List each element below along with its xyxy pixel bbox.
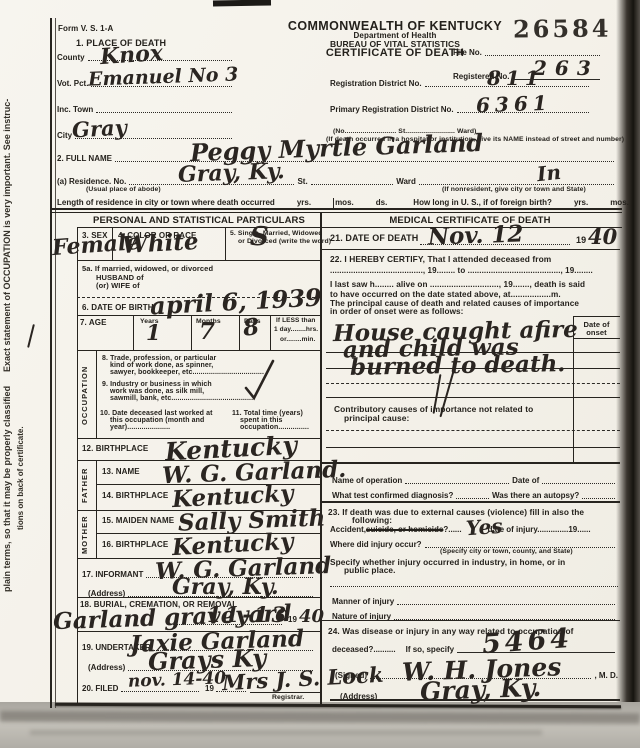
burial-date-value: 11-13 [207,604,289,625]
form-number: Form V. S. 1-A [58,24,113,33]
marital-value: S [250,224,269,250]
form-left-border-inner [55,18,56,708]
test-row-rule-1 [321,501,620,503]
item10-line2: this occupation (month and [110,417,204,424]
scan-bottom-band [0,702,640,748]
accident-value: Yes [465,516,503,538]
accident-struck-text: suicide, or homicide [366,525,443,534]
age-cell-border-3 [239,315,240,350]
primary-district-value: 6361 [476,93,552,116]
header-heavy-rule-2 [50,212,622,213]
operation-leader [405,483,509,484]
occupation-check-mark [242,358,276,402]
age-stray-mark [27,324,35,348]
operation-row: Name of operationDate of [332,476,618,485]
item24-deceased-label: deceased?.......... [332,645,396,654]
residence-value: Gray, Ky. [178,160,285,186]
informant-bottom-line [77,597,320,598]
test-leader [456,498,489,499]
age-months-value: 7 [199,320,215,343]
certificate-stamp-number: 26584 [513,13,612,43]
onset-box-top-line [573,316,620,317]
county-label: County [57,53,85,62]
registered-no-label: Registered No. [453,72,509,81]
form-left-border [50,18,52,708]
autopsy-leader [582,498,615,499]
primary-district-label: Primary Registration District No. [330,105,454,114]
item23-line2: following: [352,515,392,525]
yrs-label-1: yrs. [297,198,311,207]
contributory-rule-2 [326,447,620,448]
certify-line3: I last saw h........ alive on ..........… [330,280,585,289]
onset-section-end-rule [321,462,620,464]
informant-address-value: Gray, Ky. [172,576,279,598]
file-no-label: File No. [453,48,482,57]
item9-line1: 9. Industry or business in which [102,381,212,388]
onset-label-bottom-line [573,338,620,339]
scan-bottom-streak-2 [30,730,542,735]
autopsy-label: Was there an autopsy? [492,491,579,500]
registrar-line [250,692,320,693]
certify-line1: 22. I HEREBY CERTIFY, That I attended de… [330,254,551,264]
date-of-death-value: Nov. 12 [428,222,524,248]
item11-line2: spent in this [240,417,283,424]
cause-line3: burned to death. [350,352,566,379]
mother-birthplace-label: 16. BIRTHPLACE [102,540,168,549]
physician-address-rule [330,699,620,701]
item8-line1: 8. Trade, profession, or particular [102,355,216,362]
ds-label-1: ds. [376,198,388,207]
item10-line1: 10. Date deceased last worked at [100,410,213,417]
age-row-bottom-line [77,350,320,351]
age-label: 7. AGE [80,318,107,327]
scan-right-edge [616,0,640,748]
filed-year-printed: 19 [205,684,214,693]
manner-label: Manner of injury [332,597,394,606]
item5a-line3: (or) WIFE of [96,281,140,290]
date-of-death-year-value: 40 [588,226,617,247]
item9-line2: work was done, as silk mill, [110,388,204,395]
cause-rule-3 [326,383,620,384]
informant-label: 17. INFORMANT [82,570,143,579]
item9-line3: sawmill, bank, etc......................… [110,395,255,402]
ward-leader [419,184,614,185]
manner-row: Manner of injury [332,597,618,606]
length-of-residence-row: Length of residence in city or town wher… [57,198,617,207]
operation-label: Name of operation [332,476,402,485]
item8-line2: kind of work done, as spinner, [110,362,213,369]
marital-label-line1: 5. Single, Married, Widowed [230,230,323,237]
if-less-line1: If LESS than [276,317,315,324]
contributory-rule-1 [326,430,620,431]
if-less-line3: or........min. [280,336,315,343]
scan-bottom-streak [0,711,640,724]
mos-label-1: mos. [335,198,354,207]
age-years-value: 1 [146,322,161,343]
manner-leader [397,604,615,605]
undertaker-address-label: (Address) [88,663,125,672]
test-row: What test confirmed diagnosis?Was there … [332,491,618,500]
principal-cause-line2: in order of onset were as follows: [330,307,464,316]
mother-cell-border [96,510,97,558]
signed-label: (Signed) [335,671,367,680]
item11-line1: 11. Total time (years) [232,410,303,417]
dob-value: april 6, 1939 [149,286,322,319]
scan-top-mark [213,0,271,7]
yrs-label-2: yrs. [574,198,588,207]
registrar-label: Registrar. [272,694,304,701]
item11-line3: occupation............... [240,424,309,431]
certify-line2: ........................................… [330,266,593,275]
burial-leader [170,624,282,625]
dob-label: 6. DATE OF BIRTH [82,303,154,312]
primary-district-row: Primary Registration District No. [330,105,592,114]
age-cell-border-4 [270,315,271,350]
accident-suffix: ?...... [443,525,461,534]
operation-date-label: Date of [512,476,539,485]
filed-label: 20. FILED [82,684,118,693]
occupation-cell-border [96,350,97,438]
city-value: Gray [71,117,127,141]
cause-rule-4 [326,397,620,398]
father-vertical-label: FATHER [80,463,89,508]
burial-year-printed: 19 [288,615,297,624]
abode-note: (Usual place of abode) [86,186,161,193]
full-name-label: 2. FULL NAME [57,154,112,163]
if-less-line2: 1 day........hrs. [274,326,318,333]
test-label: What test confirmed diagnosis? [332,491,453,500]
where-injury-label: Where did injury occur? [330,540,422,549]
item8-line3: sawyer, bookkeeper, etc.................… [110,369,264,376]
margin-instruction-bottom: plain terms, so that it may be properly … [2,376,12,592]
specify-line2: public place. [344,565,396,575]
nonresident-note: (If nonresident, give city or town and S… [442,186,586,193]
item5a-line1: 5a. If married, widowed, or divorced [82,264,213,273]
if-so-specify-label: If so, specify [406,645,454,654]
birthplace-label: 12. BIRTHPLACE [82,444,148,453]
precinct-label: Vot. Pct. [57,79,88,88]
length-label: Length of residence in city or town wher… [57,198,275,207]
certify-line4: to have occurred on the date stated abov… [330,290,561,299]
ward-value: In [536,162,562,184]
death-certificate-scan: Exact statement of OCCUPATION is very im… [0,0,640,748]
injury-blank-leader [330,586,618,587]
ward-label: Ward [396,177,416,186]
father-cell-border [96,460,97,510]
residence-label: (a) Residence. No. [57,177,126,186]
county-value: Knox [99,42,163,68]
mother-vertical-label: MOTHER [80,512,89,557]
mos-label-2: mos. [610,198,629,207]
operation-date-leader [542,483,615,484]
father-birthplace-label: 14. BIRTHPLACE [102,491,168,500]
accident-prefix: Accident, [330,525,366,534]
contributory-line2: principal cause: [344,413,409,423]
age-cell-border-1 [133,315,134,350]
city-label: City [57,131,72,140]
registered-no-value: 263 [533,58,599,78]
inc-town-label: Inc. Town [57,105,93,114]
header-heavy-rule [50,208,622,210]
where-injury-note: (Specify city or town, county, and State… [440,548,573,555]
how-long-label: How long in U. S., if of foreign birth? [413,198,552,207]
margin-instruction-top: Exact statement of OCCUPATION is very im… [2,26,12,372]
item24-row: deceased?..........If so, specify [332,645,618,654]
street-label: St. [297,177,307,186]
race-cell-border [225,227,226,260]
onset-label-line2: onset [574,328,619,337]
sex-row-bottom-line [77,260,320,261]
age-cell-border-2 [191,315,192,350]
precinct-value: Emanuel No 3 [88,65,239,89]
race-value: White [121,230,199,257]
age-days-value: 8 [242,315,260,340]
registration-district-label: Registration District No. [330,79,422,88]
titles-underline [77,227,622,228]
left-section-title: PERSONAL AND STATISTICAL PARTICULARS [79,215,319,226]
occupation-vertical-label: OCCUPATION [80,356,89,434]
nature-row-rule [321,620,620,621]
dob-bottom-line [77,315,320,316]
residence-row: (a) Residence. No.St.Ward [57,177,617,186]
inc-town-leader [96,112,232,113]
inc-town-row: Inc. Town [57,105,235,114]
margin-instruction-inner: tions on back of certificate. [16,420,25,530]
date-of-death-label: 21. DATE OF DEATH [330,233,418,243]
date-of-death-bottom-line [321,249,620,250]
item10-line3: year)..................... [110,424,170,431]
father-name-label: 13. NAME [102,467,140,476]
mother-name-label: 15. MAIDEN NAME [102,516,174,525]
md-label: , M. D. [594,671,618,680]
date-of-death-year-printed: 19 [576,235,586,245]
injury-date-label: date of injury..............19...... [488,525,591,534]
street-leader [311,184,394,185]
burial-year-value: 40 [299,608,324,626]
